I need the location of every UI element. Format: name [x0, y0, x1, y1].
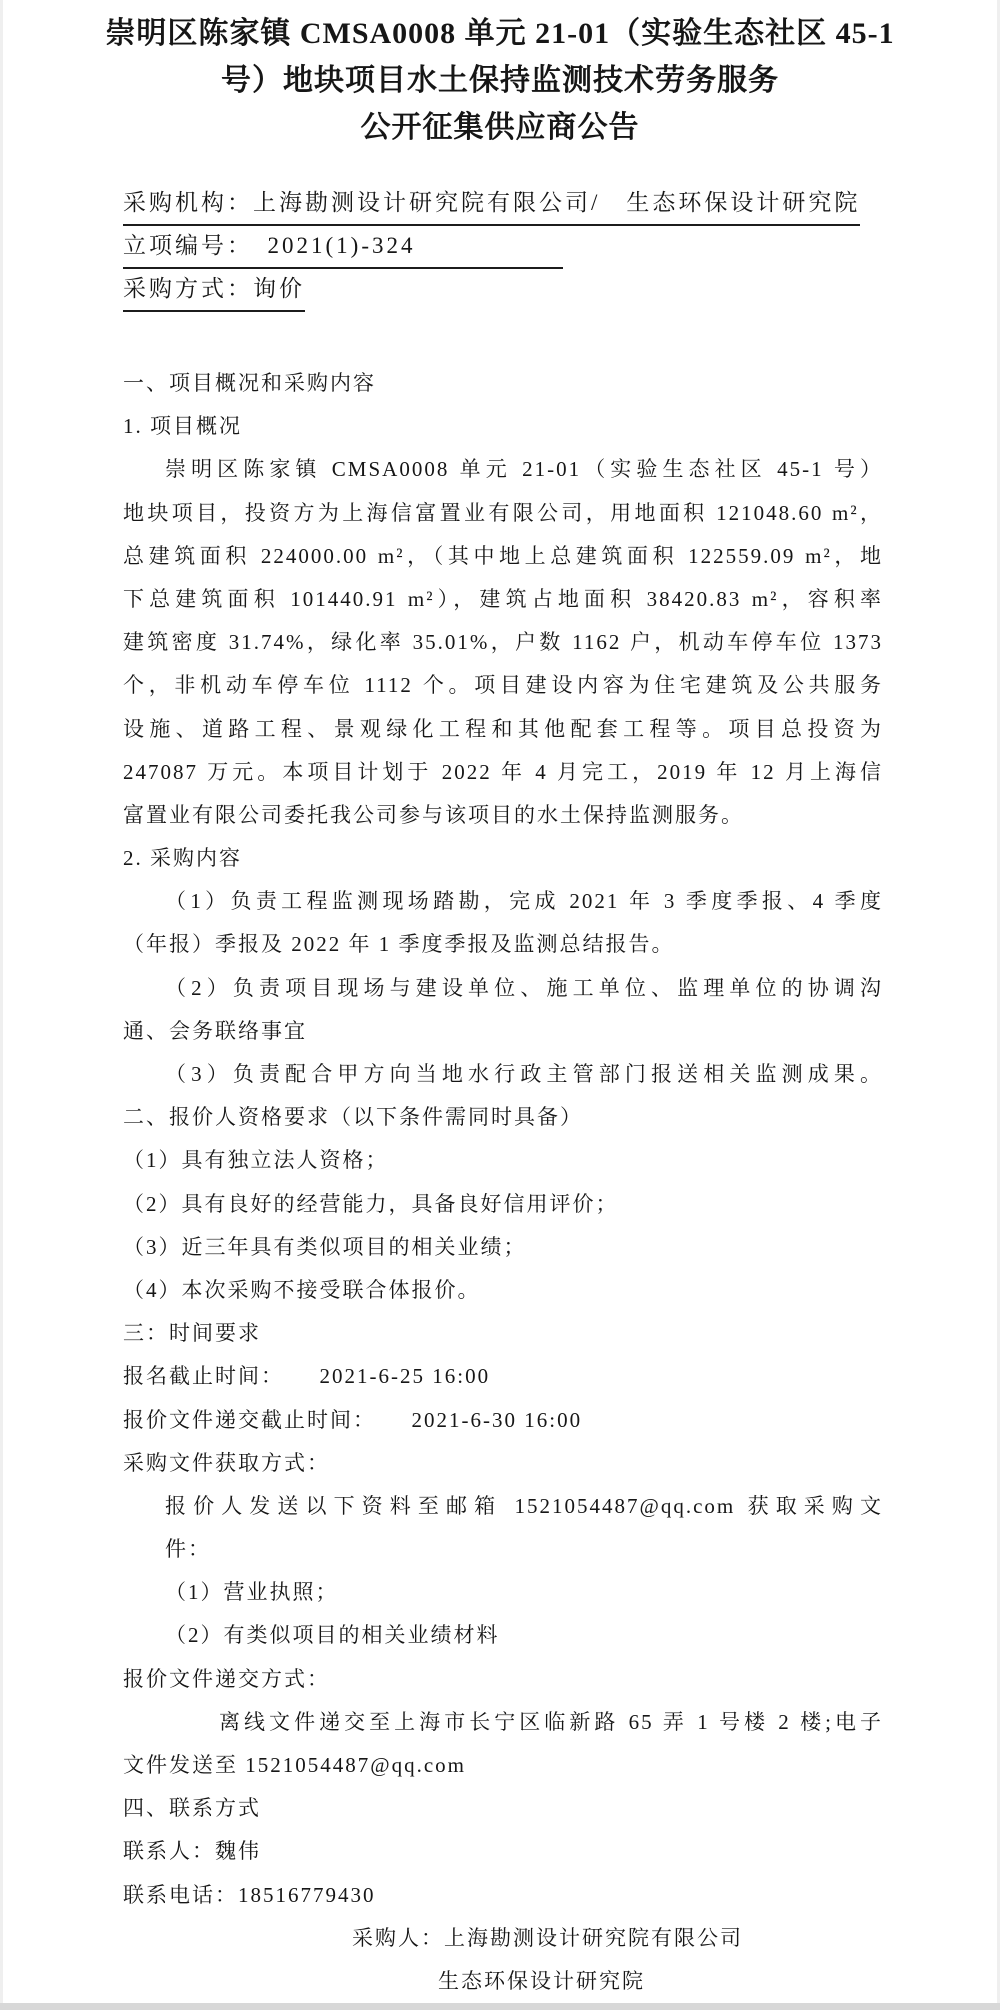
body-line: 件： — [123, 1528, 883, 1571]
body-line: 247087 万元。本项目计划于 2022 年 4 月完工，2019 年 12 … — [123, 751, 883, 794]
field-value: 询价 — [253, 276, 305, 301]
body-line: （1）负责工程监测现场踏勘，完成 2021 年 3 季度季报、4 季度 — [123, 880, 883, 923]
document-title-line: 号）地块项目水土保持监测技术劳务服务 — [0, 57, 1000, 104]
deadline-signup: 报名截止时间： 2021-6-25 16:00 — [123, 1355, 883, 1398]
document-title-line: 崇明区陈家镇 CMSA0008 单元 21-01（实验生态社区 45-1 — [0, 10, 1000, 57]
body-line: （3）近三年具有类似项目的相关业绩； — [123, 1226, 883, 1269]
document-title: 崇明区陈家镇 CMSA0008 单元 21-01（实验生态社区 45-1 号）地… — [0, 0, 1000, 151]
body-line: （4）本次采购不接受联合体报价。 — [123, 1269, 883, 1312]
field-label: 采购机构： — [123, 190, 253, 215]
body-line: 通、会务联络事宜 — [123, 1010, 883, 1053]
body-line: （1）具有独立法人资格； — [123, 1139, 883, 1182]
field-procurement-method: 采购方式：询价 — [123, 270, 893, 313]
body-line: （2）具有良好的经营能力，具备良好信用评价； — [123, 1183, 883, 1226]
field-value: 2021(1)-324 — [242, 233, 416, 258]
body-line: 报价人发送以下资料至邮箱 1521054487@qq.com 获取采购文 — [123, 1485, 883, 1528]
body-line: 富置业有限公司委托我公司参与该项目的水土保持监测服务。 — [123, 794, 883, 837]
body-line: （2）负责项目现场与建设单位、施工单位、监理单位的协调沟 — [123, 967, 883, 1010]
purchaser-dept-line: 生态环保设计研究院 — [123, 1960, 883, 2003]
contact-phone: 联系电话：18516779430 — [123, 1874, 883, 1917]
field-label: 立项编号： — [123, 233, 242, 258]
body-line: 总建筑面积 224000.00 m²，（其中地上总建筑面积 122559.09 … — [123, 535, 883, 578]
sub-heading: 2. 采购内容 — [123, 837, 883, 880]
body-line: （年报）季报及 2022 年 1 季度季报及监测总结报告。 — [123, 923, 883, 966]
section-heading: 三：时间要求 — [123, 1312, 883, 1355]
sub-heading: 1. 项目概况 — [123, 405, 883, 448]
header-fields: 采购机构：上海勘测设计研究院有限公司/ 生态环保设计研究院 立项编号： 2021… — [123, 184, 893, 313]
section-heading: 一、项目概况和采购内容 — [123, 362, 883, 405]
deadline-submission: 报价文件递交截止时间： 2021-6-30 16:00 — [123, 1399, 883, 1442]
body-line: 采购文件获取方式： — [123, 1442, 883, 1485]
body-line: 文件发送至 1521054487@qq.com — [123, 1744, 883, 1787]
scan-edge-bottom — [0, 2003, 1000, 2010]
body-line: 建筑密度 31.74%，绿化率 35.01%，户数 1162 户，机动车停车位 … — [123, 621, 883, 664]
field-project-number: 立项编号： 2021(1)-324 — [123, 227, 893, 270]
signature-block: 采购人：上海勘测设计研究院有限公司 生态环保设计研究院 — [123, 1917, 883, 2003]
document-page: 崇明区陈家镇 CMSA0008 单元 21-01（实验生态社区 45-1 号）地… — [0, 0, 1000, 2010]
document-title-line: 公开征集供应商公告 — [0, 104, 1000, 151]
body-line: 离线文件递交至上海市长宁区临新路 65 弄 1 号楼 2 楼;电子 — [123, 1701, 883, 1744]
body-line: 设施、道路工程、景观绿化工程和其他配套工程等。项目总投资为 — [123, 708, 883, 751]
section-heading: 二、报价人资格要求（以下条件需同时具备） — [123, 1096, 883, 1139]
contact-person: 联系人：魏伟 — [123, 1830, 883, 1873]
body-line: 下总建筑面积 101440.91 m²），建筑占地面积 38420.83 m²，… — [123, 578, 883, 621]
body-line: （1）营业执照； — [123, 1571, 883, 1614]
field-underline: 立项编号： 2021(1)-324 — [123, 227, 563, 269]
body-line: （3）负责配合甲方向当地水行政主管部门报送相关监测成果。 — [123, 1053, 883, 1096]
body-line: （2）有类似项目的相关业绩材料 — [123, 1614, 883, 1657]
field-underline: 采购机构：上海勘测设计研究院有限公司/ 生态环保设计研究院 — [123, 184, 860, 226]
field-procurement-agency: 采购机构：上海勘测设计研究院有限公司/ 生态环保设计研究院 — [123, 184, 893, 227]
body-line: 报价文件递交方式： — [123, 1658, 883, 1701]
section-heading: 四、联系方式 — [123, 1787, 883, 1830]
field-label: 采购方式： — [123, 276, 253, 301]
field-underline: 采购方式：询价 — [123, 270, 305, 312]
body-line: 地块项目，投资方为上海信富置业有限公司，用地面积 121048.60 m²， — [123, 492, 883, 535]
body-line: 崇明区陈家镇 CMSA0008 单元 21-01（实验生态社区 45-1 号） — [123, 448, 883, 491]
purchaser-line: 采购人：上海勘测设计研究院有限公司 — [123, 1917, 883, 1960]
document-body: 一、项目概况和采购内容 1. 项目概况 崇明区陈家镇 CMSA0008 单元 2… — [123, 362, 883, 1917]
scan-edge-left — [0, 0, 3, 2010]
field-value: 上海勘测设计研究院有限公司/ 生态环保设计研究院 — [253, 190, 860, 215]
body-line: 个，非机动车停车位 1112 个。项目建设内容为住宅建筑及公共服务 — [123, 664, 883, 707]
